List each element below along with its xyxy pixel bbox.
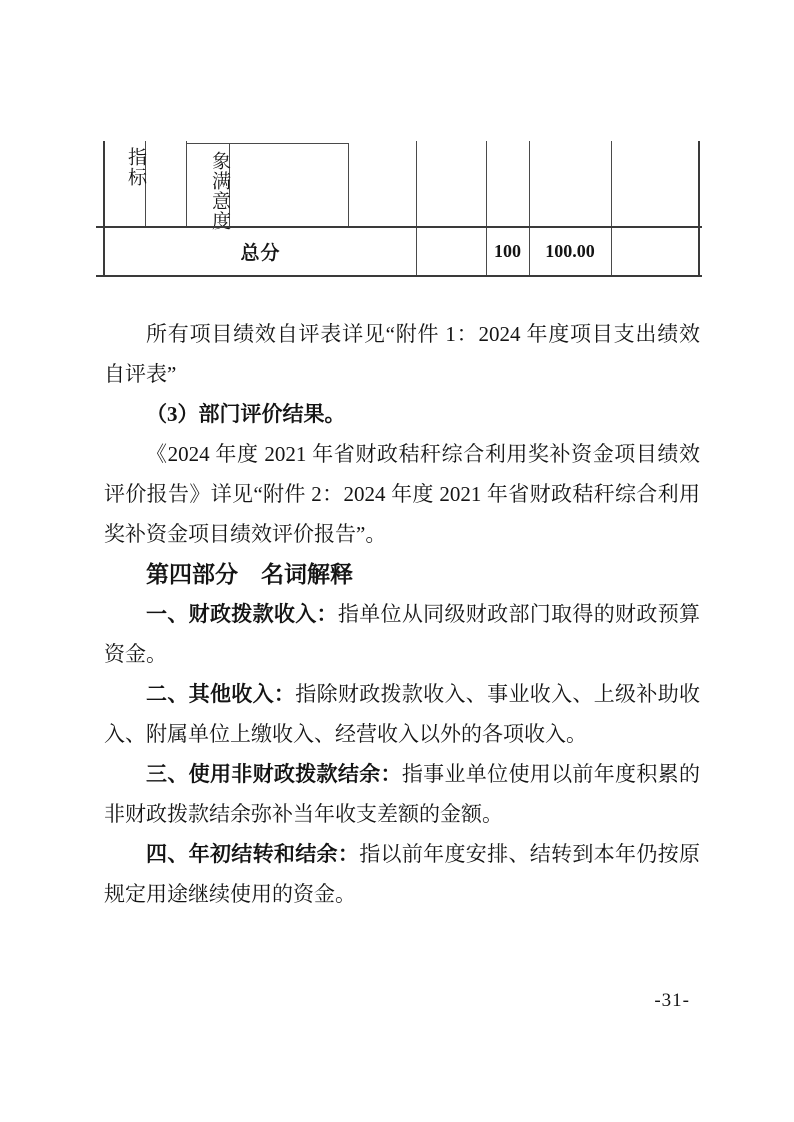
term-paragraph-4: 四、年初结转和结余：指以前年度安排、结转到本年仍按原规定用途继续使用的资金。	[104, 834, 700, 914]
heading-part4-glossary: 第四部分 名词解释	[104, 554, 700, 594]
satisfaction-column-label-text: 象满意度	[186, 151, 229, 231]
body-text-block: 所有项目绩效自评表详见“附件 1：2024 年度项目支出绩效自评表” （3）部门…	[104, 314, 700, 914]
indicator-column-label-text: 指标	[105, 147, 145, 187]
term-paragraph-2: 二、其他收入：指除财政拨款收入、事业收入、上级补助收入、附属单位上缴收入、经营收…	[104, 674, 700, 754]
paragraph-self-eval: 所有项目绩效自评表详见“附件 1：2024 年度项目支出绩效自评表”	[104, 314, 700, 394]
total-row-label: 总分	[105, 227, 416, 275]
term-paragraph-3: 三、使用非财政拨款结余：指事业单位使用以前年度积累的非财政拨款结余弥补当年收支差…	[104, 754, 700, 834]
term-label: 一、财政拨款收入：	[146, 602, 338, 626]
total-row-max-score: 100	[486, 227, 529, 275]
term-label: 三、使用非财政拨款结余：	[146, 762, 402, 786]
table-gridline-horizontal	[96, 275, 702, 277]
indicator-column-label: 指标	[105, 147, 145, 187]
heading-dept-evaluation-result: （3）部门评价结果。	[104, 394, 700, 434]
document-page: 指标 象满意度 总分 100 100.00 所有项目绩效自评表详见“附件 1：2…	[0, 0, 794, 1122]
paragraph-dept-evaluation-body: 《2024 年度 2021 年省财政秸秆综合利用奖补资金项目绩效评价报告》详见“…	[104, 434, 700, 554]
total-row-score: 100.00	[529, 227, 611, 275]
table-gridline-vertical	[611, 141, 612, 277]
term-paragraph-1: 一、财政拨款收入：指单位从同级财政部门取得的财政预算资金。	[104, 594, 700, 674]
table-gridline-vertical	[416, 141, 417, 277]
term-label: 二、其他收入：	[146, 682, 295, 706]
satisfaction-subcell-box: 象满意度	[186, 143, 349, 227]
satisfaction-column-label: 象满意度	[186, 151, 229, 231]
score-table-fragment: 指标 象满意度 总分 100 100.00	[103, 141, 700, 277]
term-label: 四、年初结转和结余：	[146, 842, 359, 866]
page-number: -31-	[654, 990, 690, 1012]
